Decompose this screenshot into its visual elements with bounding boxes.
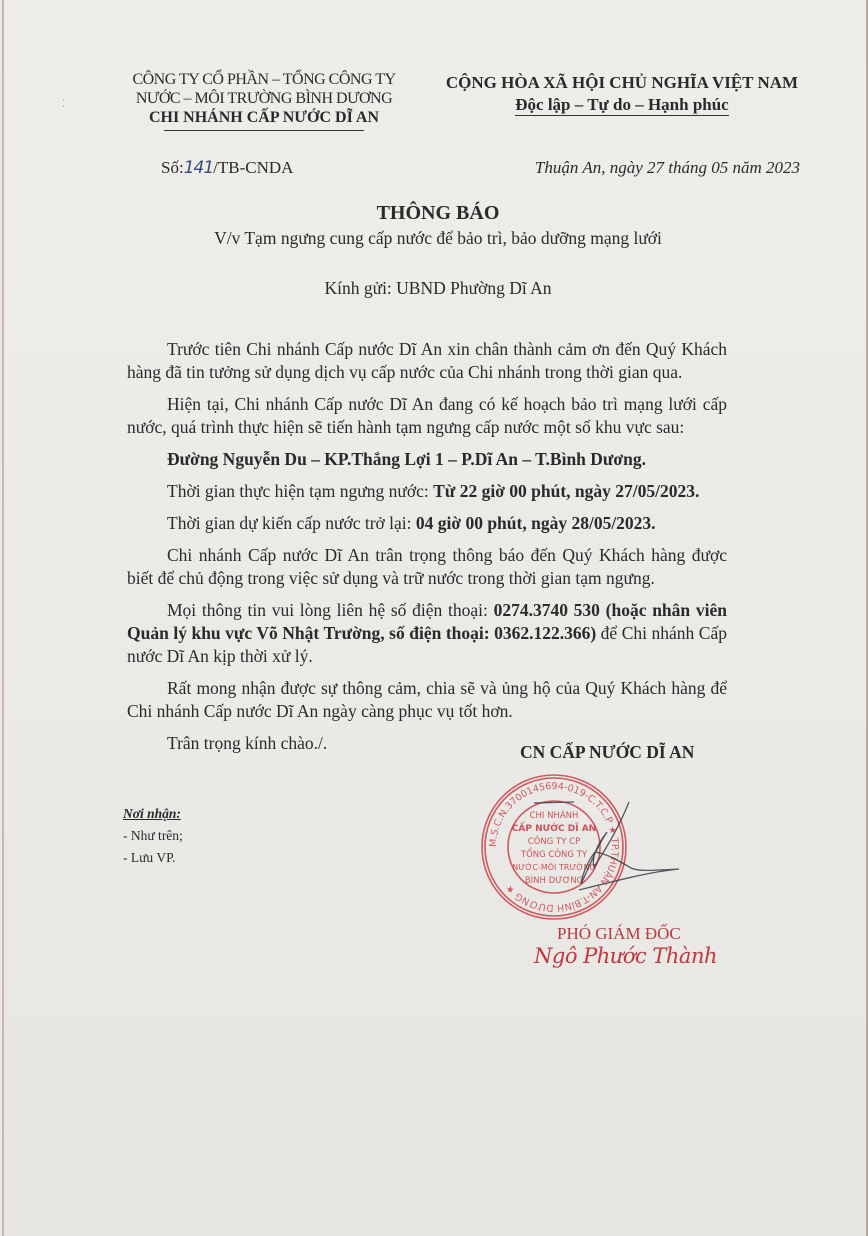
signer-name: Ngô Phước Thành [534, 944, 717, 968]
nation-name: CỘNG HÒA XÃ HỘI CHỦ NGHĨA VIỆT NAM [422, 72, 822, 94]
contact-paragraph: Mọi thông tin vui lòng liên hệ số điện t… [127, 599, 727, 668]
body-paragraph-thanks: Trước tiên Chi nhánh Cấp nước Dĩ An xin … [127, 338, 727, 384]
document-number: Số:141/TB-CNDA [161, 158, 293, 178]
stop-time-label: Thời gian thực hiện tạm ngưng nước: [167, 481, 433, 501]
stop-time: Thời gian thực hiện tạm ngưng nước: Từ 2… [127, 480, 727, 503]
issuer-underline [164, 130, 364, 131]
doc-number-suffix: /TB-CNDA [213, 158, 293, 177]
recipient-item: - Như trên; [123, 825, 183, 847]
signing-organization: CN CẤP NƯỚC DĨ AN [520, 742, 694, 763]
affected-area-text: Đường Nguyễn Du – KP.Thắng Lợi 1 – P.Dĩ … [167, 449, 646, 469]
issuer-org-line1: CÔNG TY CỔ PHẦN – TỔNG CÔNG TY [104, 70, 424, 89]
document-body: Trước tiên Chi nhánh Cấp nước Dĩ An xin … [127, 338, 727, 755]
recipient-item: - Lưu VP. [123, 847, 183, 869]
resume-time-label: Thời gian dự kiến cấp nước trở lại: [167, 513, 416, 533]
national-motto: Độc lập – Tự do – Hạnh phúc [515, 95, 728, 116]
body-paragraph-appreciation: Rất mong nhận được sự thông cảm, chia sẽ… [127, 677, 727, 723]
stop-time-value: Từ 22 giờ 00 phút, ngày 27/05/2023. [433, 481, 699, 501]
contact-prefix: Mọi thông tin vui lòng liên hệ số điện t… [167, 600, 494, 620]
document-subject: V/v Tạm ngưng cung cấp nước để bảo trì, … [0, 228, 868, 249]
date-line: Thuận An, ngày 27 tháng 05 năm 2023 [535, 158, 800, 178]
affected-area: Đường Nguyễn Du – KP.Thắng Lợi 1 – P.Dĩ … [127, 448, 727, 471]
body-paragraph-notice: Chi nhánh Cấp nước Dĩ An trân trọng thôn… [127, 544, 727, 590]
svg-text:TỔNG CÔNG TY: TỔNG CÔNG TY [520, 847, 588, 860]
svg-text:CHI NHÁNH: CHI NHÁNH [530, 809, 579, 821]
doc-number-handwritten: 141 [184, 158, 213, 178]
national-header: CỘNG HÒA XÃ HỘI CHỦ NGHĨA VIỆT NAM Độc l… [422, 72, 822, 116]
official-stamp: M.S.C.N.3700145694-019-C.T.C.P ★ TP.THUẬ… [479, 772, 629, 922]
recipients-label: Nơi nhận: [123, 803, 183, 825]
paper-mark: ⁚ [62, 99, 66, 105]
svg-text:CÔNG TY CP: CÔNG TY CP [528, 835, 580, 847]
svg-text:CẤP NƯỚC DĨ AN: CẤP NƯỚC DĨ AN [512, 821, 596, 834]
svg-text:BÌNH DƯƠNG: BÌNH DƯƠNG [525, 874, 583, 886]
document-title: THÔNG BÁO [4, 202, 868, 225]
resume-time-value: 04 giờ 00 phút, ngày 28/05/2023. [416, 513, 656, 533]
recipients-block: Nơi nhận: - Như trên; - Lưu VP. [123, 803, 183, 869]
document-page: ⁚ CÔNG TY CỔ PHẦN – TỔNG CÔNG TY NƯỚC – … [2, 0, 868, 1236]
issuer-header: CÔNG TY CỔ PHẦN – TỔNG CÔNG TY NƯỚC – MÔ… [104, 70, 424, 131]
resume-time: Thời gian dự kiến cấp nước trở lại: 04 g… [127, 512, 727, 535]
recipient-line: Kính gửi: UBND Phường Dĩ An [4, 278, 868, 299]
doc-number-prefix: Số: [161, 158, 184, 177]
issuer-branch: CHI NHÁNH CẤP NƯỚC DĨ AN [104, 108, 424, 127]
issuer-org-line2: NƯỚC – MÔI TRƯỜNG BÌNH DƯƠNG [104, 89, 424, 108]
signer-position: PHÓ GIÁM ĐỐC [557, 924, 681, 944]
svg-text:NƯỚC-MÔI TRƯỜNG: NƯỚC-MÔI TRƯỜNG [512, 861, 596, 872]
body-paragraph-plan: Hiện tại, Chi nhánh Cấp nước Dĩ An đang … [127, 393, 727, 439]
